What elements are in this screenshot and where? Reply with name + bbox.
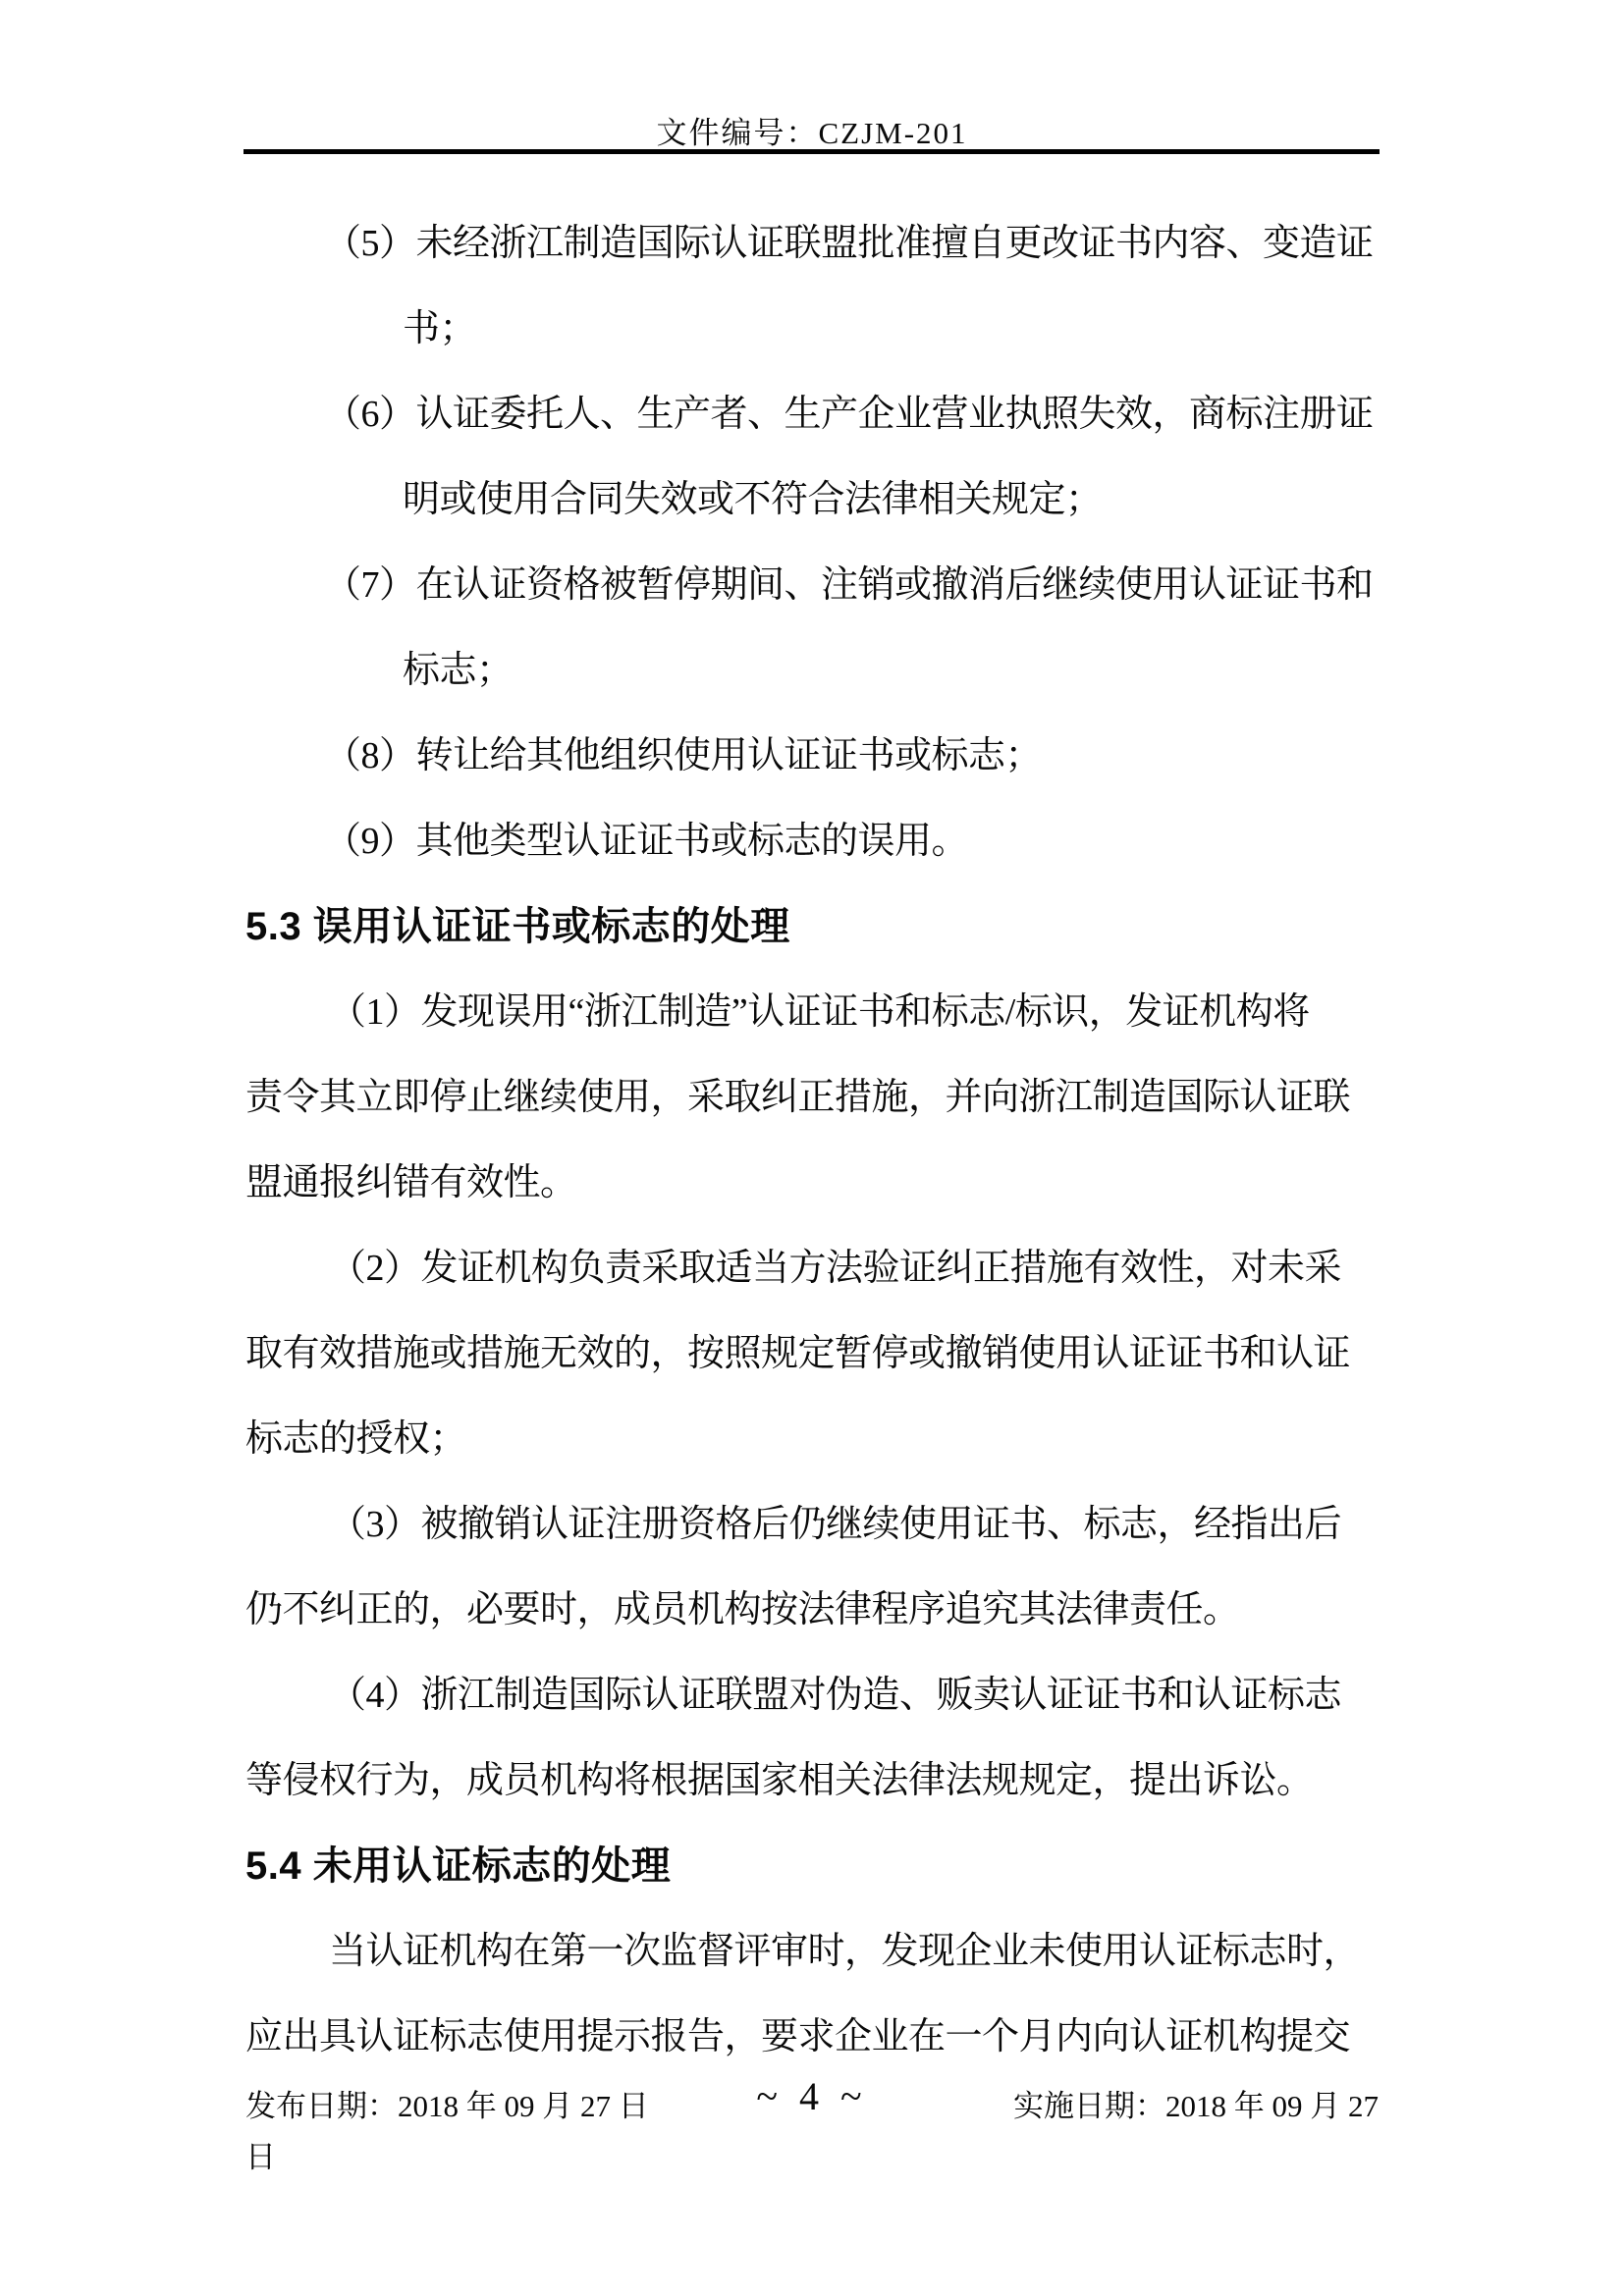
list-item-8-line-1: （8）转让给其他组织使用认证证书或标志； xyxy=(245,714,1394,799)
para-5-3-4-line-2: 等侵权行为，成员机构将根据国家相关法律法规规定，提出诉讼。 xyxy=(245,1738,1394,1824)
para-5-3-2-line-2: 取有效措施或措施无效的，按照规定暂停或撤销使用认证证书和认证 xyxy=(245,1311,1394,1397)
header-rule-divider xyxy=(244,149,1380,154)
page-number: ~ 4 ~ xyxy=(0,2073,1624,2119)
para-5-3-4-line-1: （4）浙江制造国际认证联盟对伪造、贩卖认证证书和认证标志 xyxy=(245,1653,1394,1738)
implement-date-wrap-char: 日 xyxy=(245,2132,276,2176)
list-item-6-line-2: 明或使用合同失效或不符合法律相关规定； xyxy=(245,457,1394,543)
para-5-3-1-line-1: （1）发现误用“浙江制造”认证证书和标志/标识，发证机构将 xyxy=(245,970,1394,1055)
list-item-7-line-2: 标志； xyxy=(245,628,1394,714)
list-item-6-line-1: （6）认证委托人、生产者、生产企业营业执照失效，商标注册证 xyxy=(245,372,1394,457)
para-5-3-1-line-2: 责令其立即停止继续使用，采取纠正措施，并向浙江制造国际认证联 xyxy=(245,1055,1394,1141)
list-item-7-line-1: （7）在认证资格被暂停期间、注销或撤消后继续使用认证证书和 xyxy=(245,543,1394,628)
para-5-4-1-line-2: 应出具认证标志使用提示报告，要求企业在一个月内向认证机构提交 xyxy=(245,1995,1394,2080)
list-item-5-line-2: 书； xyxy=(245,287,1394,372)
para-5-3-3-line-2: 仍不纠正的，必要时，成员机构按法律程序追究其法律责任。 xyxy=(245,1568,1394,1653)
document-number-header: 文件编号：CZJM-201 xyxy=(0,108,1624,152)
implement-date-label: 实施日期：2018 年 09 月 27 xyxy=(1013,2081,1379,2125)
document-body: （5）未经浙江制造国际认证联盟批准擅自更改证书内容、变造证 书； （6）认证委托… xyxy=(245,201,1394,2080)
para-5-3-2-line-1: （2）发证机构负责采取适当方法验证纠正措施有效性，对未采 xyxy=(245,1226,1394,1311)
para-5-3-3-line-1: （3）被撤销认证注册资格后仍继续使用证书、标志，经指出后 xyxy=(245,1482,1394,1568)
para-5-3-1-line-3: 盟通报纠错有效性。 xyxy=(245,1141,1394,1226)
document-page: 文件编号：CZJM-201 （5）未经浙江制造国际认证联盟批准擅自更改证书内容、… xyxy=(0,0,1624,2296)
para-5-3-2-line-3: 标志的授权； xyxy=(245,1397,1394,1482)
list-item-5-line-1: （5）未经浙江制造国际认证联盟批准擅自更改证书内容、变造证 xyxy=(245,201,1394,287)
section-heading-5-4: 5.4 未用认证标志的处理 xyxy=(245,1824,1394,1909)
list-item-9-line-1: （9）其他类型认证证书或标志的误用。 xyxy=(245,799,1394,884)
para-5-4-1-line-1: 当认证机构在第一次监督评审时，发现企业未使用认证标志时， xyxy=(245,1909,1394,1995)
section-heading-5-3: 5.3 误用认证证书或标志的处理 xyxy=(245,884,1394,970)
